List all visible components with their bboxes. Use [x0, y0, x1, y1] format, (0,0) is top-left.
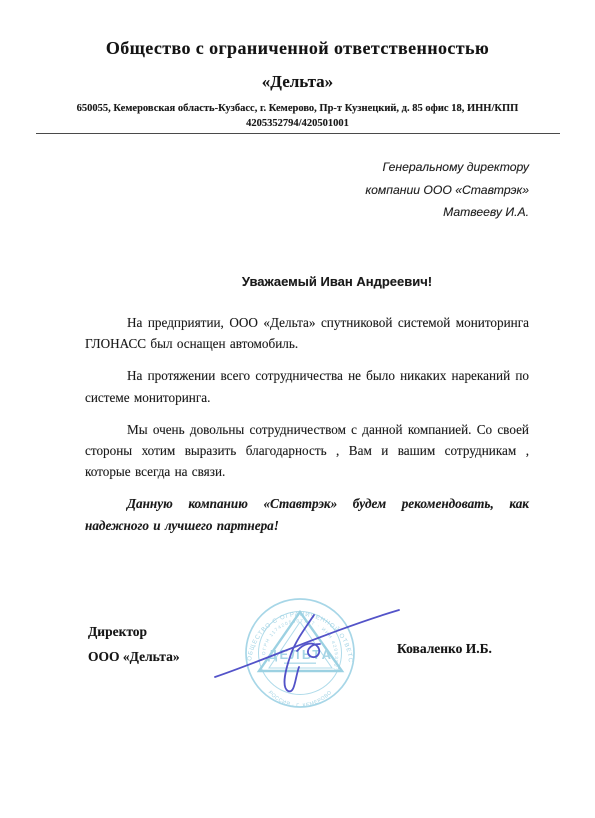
recipient-position: Генеральному директору [365, 156, 529, 179]
body-paragraph-recommendation: Данную компанию «Ставтрэк» будем рекомен… [85, 493, 529, 536]
signer-title: Директор [88, 619, 180, 644]
signature-main-stroke [285, 615, 314, 691]
org-name-heading: «Дельта» [0, 72, 595, 92]
signer-block: Директор ООО «Дельта» [88, 619, 180, 669]
org-address-line1: 650055, Кемеровская область-Кузбасс, г. … [0, 101, 595, 116]
body-paragraph-3: Мы очень довольны сотрудничеством с данн… [85, 419, 529, 483]
signer-company: ООО «Дельта» [88, 644, 180, 669]
recipient-block: Генеральному директору компании ООО «Ста… [365, 156, 529, 224]
org-type-heading: Общество с ограниченной ответственностью [0, 38, 595, 59]
handwritten-signature [195, 588, 425, 713]
body-paragraph-1: На предприятии, ООО «Дельта» спутниковой… [85, 312, 529, 355]
org-address-line2: 4205352794/420501001 [0, 116, 595, 131]
salutation: Уважаемый Иван Андреевич! [115, 274, 559, 289]
recipient-person: Матвееву И.А. [365, 201, 529, 224]
header-divider [36, 133, 560, 134]
body-paragraph-2: На протяжении всего сотрудничества не бы… [85, 365, 529, 408]
org-address: 650055, Кемеровская область-Кузбасс, г. … [0, 101, 595, 131]
letter-page: Общество с ограниченной ответственностью… [0, 0, 595, 818]
recipient-company: компании ООО «Ставтрэк» [365, 179, 529, 202]
letter-body: На предприятии, ООО «Дельта» спутниковой… [85, 312, 529, 547]
